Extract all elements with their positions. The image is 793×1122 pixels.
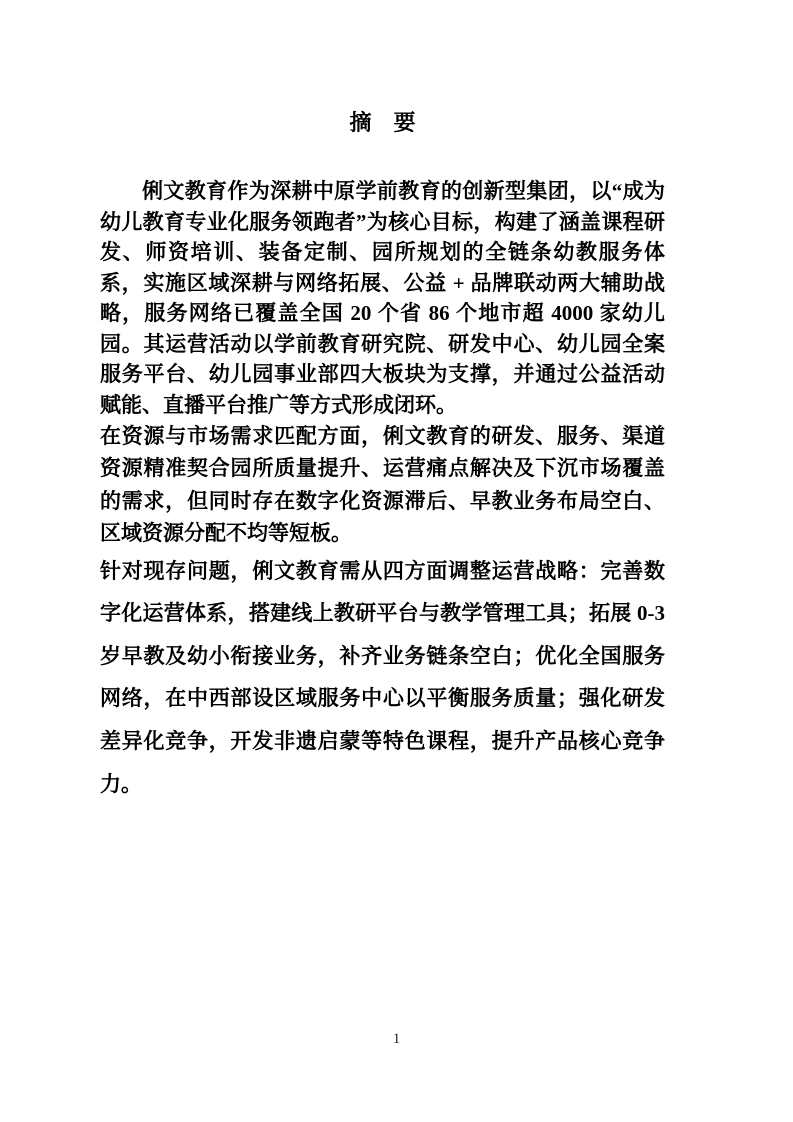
- abstract-paragraph-overview: 俐文教育作为深耕中原学前教育的创新型集团，以“成为幼儿教育专业化服务领跑者”为核…: [100, 176, 665, 420]
- abstract-paragraph-resource-match: 在资源与市场需求匹配方面，俐文教育的研发、服务、渠道资源精准契合园所质量提升、运…: [100, 420, 665, 550]
- page-number: 1: [0, 1031, 793, 1048]
- abstract-section: 摘 要 俐文教育作为深耕中原学前教育的创新型集团，以“成为幼儿教育专业化服务领跑…: [100, 106, 665, 805]
- document-page: 摘 要 俐文教育作为深耕中原学前教育的创新型集团，以“成为幼儿教育专业化服务领跑…: [0, 0, 793, 1122]
- abstract-paragraph-strategy: 针对现存问题，俐文教育需从四方面调整运营战略：完善数字化运营体系，搭建线上教研平…: [100, 550, 665, 806]
- abstract-title: 摘 要: [100, 106, 665, 140]
